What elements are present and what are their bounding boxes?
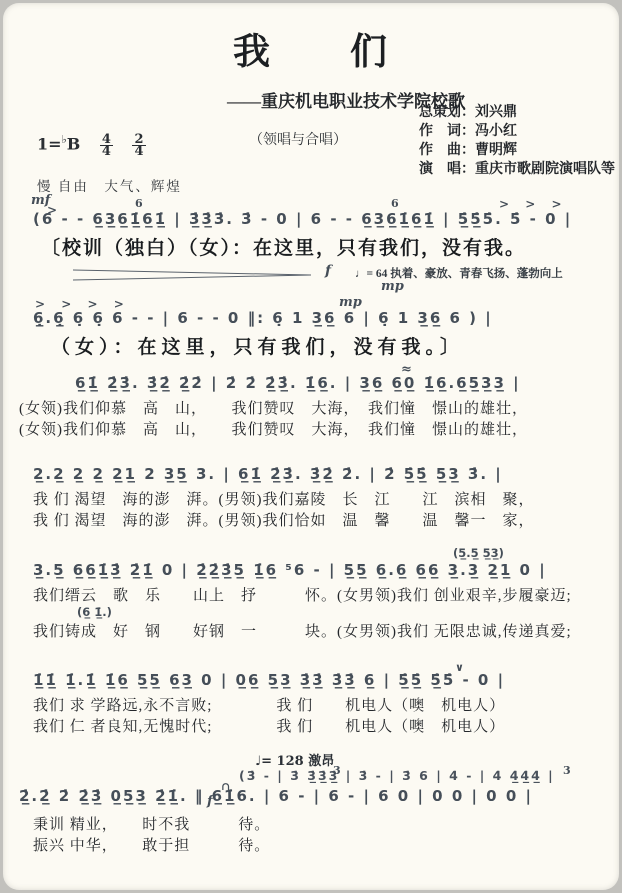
fermata-icon: ∩ [221, 780, 230, 793]
system-6-lyrics-verse2: 我们 仁 者良知,无愧时代; 我 们 机电人（噢 机电人） [33, 715, 619, 736]
system-5: (5̲.5̲ 5̲3̲) 3̲.5̲ 6̲6̲1̲̇3̲̇ 2̲̇1̲̇ 0 |… [3, 530, 619, 641]
ensemble-note: （领唱与合唱） [249, 129, 347, 149]
key-letter: B [67, 134, 81, 153]
credit-producer: 总策划：刘兴鼎 [419, 103, 615, 122]
system-6-lyrics-verse1: 我们 求 学路远,永不言败; 我 们 机电人（噢 机电人） [33, 694, 619, 715]
system-6: ∨ 1̲̇1̲̇ 1̲̇.1̲̇ 1̲̇6̲ 5̲5̲ 6̲3̲ 0 | 0̲6… [3, 641, 619, 736]
system-7-lyrics-verse2: 振兴 中华， 敢于担 待。 [19, 834, 619, 855]
system-3-lyrics-verse2: (女领)我们仰慕 高 山， 我们赞叹 大海， 我们憧 憬山的雄壮， [19, 418, 619, 439]
dynamic-f: f [325, 263, 331, 279]
dynamic-f: f [207, 794, 213, 809]
score-title: 我 们 [3, 21, 619, 75]
tuplet-label: 6 [135, 197, 143, 210]
accent-mark: > [47, 203, 63, 217]
credits-block: 总策划：刘兴鼎 作 词：冯小红 作 曲：曹明辉 演 唱：重庆市歌剧院演唱队等 [419, 103, 615, 179]
system-1: mf > 6 6 > > > (6 - - 6̲3̲6̲1̲̇6̲1̲̇ | 3… [3, 195, 619, 297]
system-2-notes: 6̲̣.6̲̣ 6̣ 6̣ 6 - - | 6 - - 0 ‖: 6̣ 1 3̲… [33, 309, 619, 332]
system-7: ♩= 128 激昂 3 3 ∩ f (3̇ - | 3̇ 3̲̇3̲̇3̲̇ |… [3, 736, 619, 855]
system-7-notes: 2̲̇.2̲̇ 2̇ 2̲̇3̲̇ 0̲5̲3̲ 2̲̇1̲̇. ‖ 6̲1̲̇… [19, 787, 619, 813]
breath-mark-icon: ∨ [455, 661, 464, 674]
dynamic-mp: mp [381, 279, 404, 294]
system-5-notes: 3̲.5̲ 6̲6̲1̲̇3̲̇ 2̲̇1̲̇ 0 | 2̲̇2̲̇3̲̇5̲ … [33, 561, 619, 584]
triplet-label: 3 [333, 764, 341, 777]
tuplet-label: 6 [391, 197, 399, 210]
key-prefix: 1= [37, 134, 62, 153]
credit-composer: 作 曲：曹明辉 [419, 141, 615, 160]
system-2-spoken-text: （女）：在这里，只有我们，没有我。〕 [33, 332, 619, 362]
system-1-spoken-text: 〔校训（独白）（女）：在这里，只有我们，没有我。 [33, 233, 619, 263]
time-signature-2: 24 [132, 134, 145, 157]
system-3-lyrics-verse1: (女领)我们仰慕 高 山， 我们赞叹 大海， 我们憧 憬山的雄壮， [19, 397, 619, 418]
system-4-lyrics-verse1: 我 们 渴望 海的澎 湃。(男领)我们嘉陵 长 江 江 滨相 聚， [33, 488, 619, 509]
score-header: 我 们 ——重庆机电职业技术学院校歌 总策划：刘兴鼎 作 词：冯小红 作 曲：曹… [3, 3, 619, 195]
credit-lyricist: 作 词：冯小红 [419, 122, 615, 141]
triplet-label: 3 [563, 764, 571, 777]
key-signature: 1=♭B 44 24 [37, 133, 146, 157]
system-5-lyrics-verse2: 我们铸成 好 钢 好钢 一 块。(女男领)我们 无限忠诚,传递真爱; [33, 620, 619, 641]
system-6-notes: 1̲̇1̲̇ 1̲̇.1̲̇ 1̲̇6̲ 5̲5̲ 6̲3̲ 0 | 0̲6̲ … [33, 671, 619, 694]
score-page: 我 们 ——重庆机电职业技术学院校歌 总策划：刘兴鼎 作 词：冯小红 作 曲：曹… [3, 3, 619, 890]
system-1-dynamics-row: f ♩= 64 执着、豪放、青春飞扬、蓬勃向上 mp [33, 263, 619, 297]
system-4-notes: 2̲.2̲ 2̲ 2̲ 2̲1̲ 2 3̲5̲ 3. | 6̲1̲̇ 2̲̇3̲… [33, 465, 619, 488]
system-7-upper-voice-notes: (3̇ - | 3̇ 3̲̇3̲̇3̲̇ | 3̇ - | 3̇ 6 | 4̇ … [19, 768, 619, 787]
system-3-notes: 6̲1̲̇ 2̲̇3̲̇. 3̲̇2̲̇ 2̲̇2̇ | 2̇ 2̇ 2̲̇3̲… [75, 374, 619, 397]
system-3: ≈ 6̲1̲̇ 2̲̇3̲̇. 3̲̇2̲̇ 2̲̇2̇ | 2̇ 2̇ 2̲̇… [3, 362, 619, 439]
credit-performer: 演 唱：重庆市歌剧院演唱队等 [419, 160, 615, 179]
tempo-marking-128: ♩= 128 激昂 [19, 750, 619, 768]
system-5-lyrics-verse1: 我们缙云 歌 乐 山上 抒 怀。(女男领)我们 创业艰辛,步履豪迈; [33, 584, 619, 605]
system-1-notes: (6 - - 6̲3̲6̲1̲̇6̲1̲̇ | 3̲̇3̲̇3̇. 3̇ - 0… [33, 210, 619, 233]
mordent-icon: ≈ [401, 362, 412, 377]
cue-notes-alternate: (6̲ 1̲̇.) [33, 605, 619, 620]
system-7-lyrics-verse1: 秉训 精业， 时不我 待。 [19, 813, 619, 834]
system-4: 2̲.2̲ 2̲ 2̲ 2̲1̲ 2 3̲5̲ 3. | 6̲1̲̇ 2̲̇3̲… [3, 439, 619, 530]
accent-marks: > > > > [35, 297, 130, 311]
accent-marks: > > > [499, 197, 568, 211]
tempo-expression: 慢 自由 大气、辉煌 [37, 175, 182, 195]
system-4-lyrics-verse2: 我 们 渴望 海的澎 湃。(男领)我们恰如 温 馨 温 馨一 家， [33, 509, 619, 530]
system-2: > > > > mp 6̲̣.6̲̣ 6̣ 6̣ 6 - - | 6 - - 0… [3, 297, 619, 362]
time-signature-1: 44 [100, 134, 113, 157]
dynamic-mp: mp [339, 295, 362, 310]
cue-notes-upper: (5̲.5̲ 5̲3̲) [33, 546, 619, 561]
decrescendo-hairpin-icon [73, 269, 313, 281]
